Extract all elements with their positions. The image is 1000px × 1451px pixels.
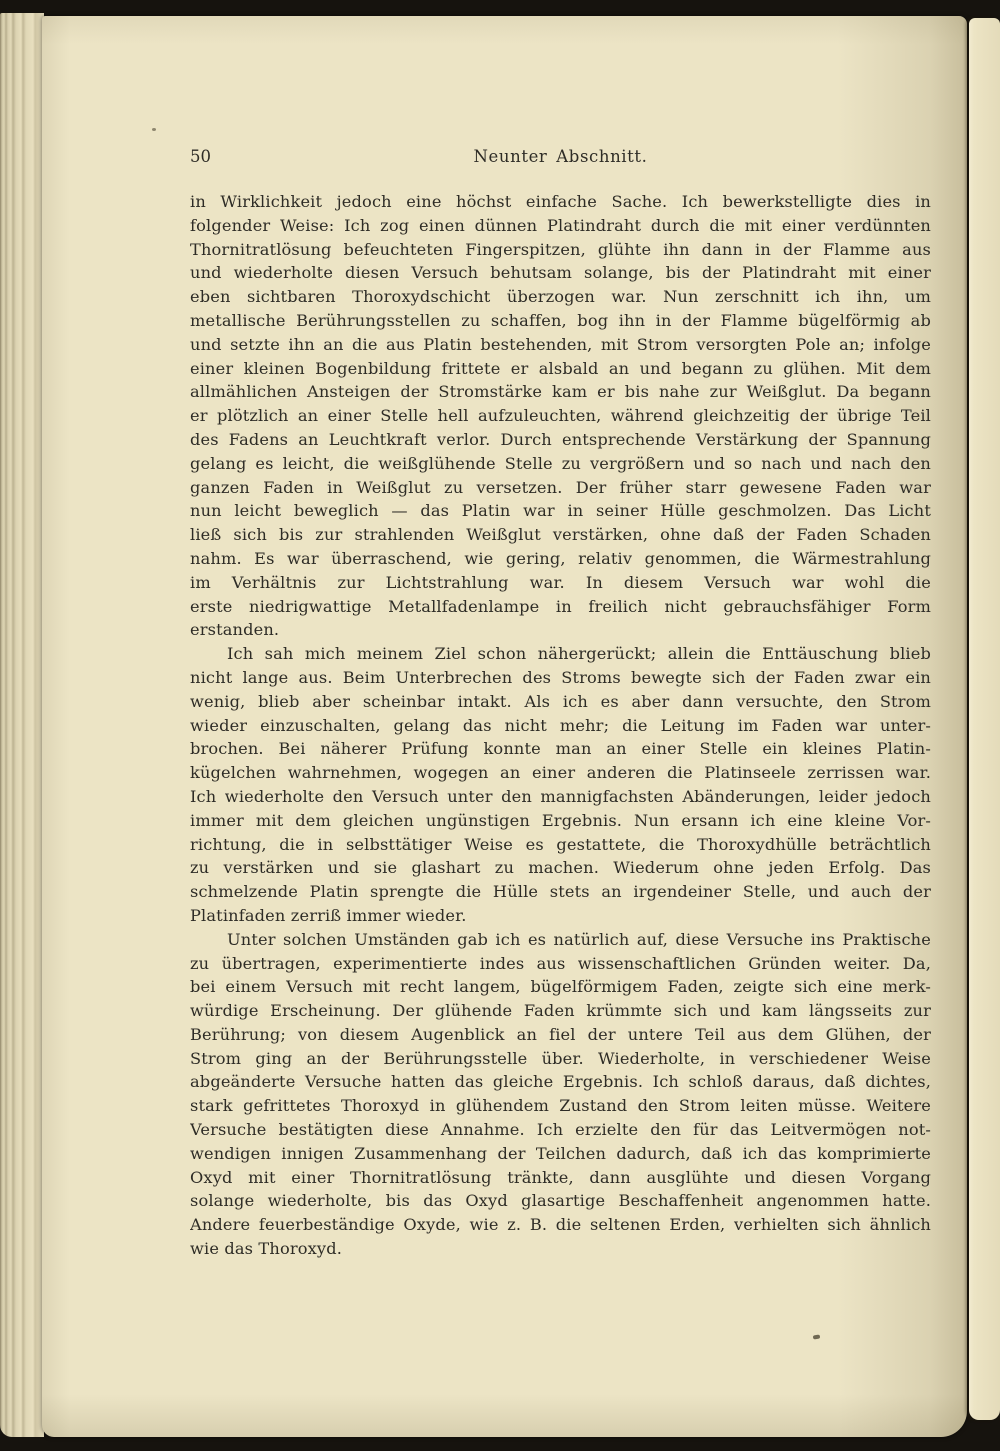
page-number: 50 — [190, 145, 211, 169]
text-line: nicht lange aus. Beim Unterbrechen des S… — [190, 666, 931, 690]
text-line: solange wiederholte, bis das Oxyd glasar… — [190, 1189, 931, 1213]
text-line: stark gefrittetes Thoroxyd in glühendem … — [190, 1094, 931, 1118]
text-line: wieder einzuschalten, gelang das nicht m… — [190, 714, 931, 738]
text-line: Strom ging an der Berührungsstelle über.… — [190, 1047, 931, 1071]
text-line: ließ sich bis zur strahlenden Weißglut v… — [190, 523, 931, 547]
text-line: Berührung; von diesem Augenblick an fiel… — [190, 1023, 931, 1047]
text-line: Unter solchen Umständen gab ich es natür… — [190, 928, 931, 952]
text-line: gelang es leicht, die weißglühende Stell… — [190, 452, 931, 476]
text-block: in Wirklichkeit jedoch eine höchst einfa… — [190, 190, 931, 1261]
text-line: erstanden. — [190, 618, 931, 642]
text-line: Andere feuerbeständige Oxyde, wie z. B. … — [190, 1213, 931, 1237]
text-line: Thornitratlösung befeuchteten Fingerspit… — [190, 238, 931, 262]
text-line: Oxyd mit einer Thornitratlösung tränkte,… — [190, 1166, 931, 1190]
text-line: Versuche bestätigten diese Annahme. Ich … — [190, 1118, 931, 1142]
paper-speck — [152, 128, 156, 131]
book-page: 50 Neunter Abschnitt. in Wirklichkeit je… — [42, 16, 967, 1437]
text-line: und wiederholte diesen Versuch behutsam … — [190, 261, 931, 285]
text-line: metallische Berührungsstellen zu schaffe… — [190, 309, 931, 333]
text-line: ganzen Faden in Weißglut zu versetzen. D… — [190, 476, 931, 500]
next-page-edge — [969, 18, 1000, 1420]
text-line: abgeänderte Versuche hatten das gleiche … — [190, 1070, 931, 1094]
text-line: einer kleinen Bogenbildung frittete er a… — [190, 357, 931, 381]
paper-speck — [813, 1335, 820, 1340]
text-line: Ich sah mich meinem Ziel schon nähergerü… — [190, 642, 931, 666]
paragraph: Unter solchen Umständen gab ich es natür… — [190, 928, 931, 1261]
text-line: bei einem Versuch mit recht langem, büge… — [190, 975, 931, 999]
text-line: in Wirklichkeit jedoch eine höchst einfa… — [190, 190, 931, 214]
text-line: würdige Erscheinung. Der glühende Faden … — [190, 999, 931, 1023]
text-line: im Verhältnis zur Lichtstrahlung war. In… — [190, 571, 931, 595]
text-line: kügelchen wahrnehmen, wogegen an einer a… — [190, 761, 931, 785]
text-line: wenig, blieb aber scheinbar intakt. Als … — [190, 690, 931, 714]
text-line: eben sichtbaren Thoroxydschicht überzoge… — [190, 285, 931, 309]
text-line: wie das Thoroxyd. — [190, 1237, 931, 1261]
paragraph: in Wirklichkeit jedoch eine höchst einfa… — [190, 190, 931, 642]
text-line: zu übertragen, experimentierte indes aus… — [190, 952, 931, 976]
text-line: richtung, die in selbsttätiger Weise es … — [190, 833, 931, 857]
text-line: nahm. Es war überraschend, wie gering, r… — [190, 547, 931, 571]
page-edge-stack — [0, 13, 44, 1437]
text-line: folgender Weise: Ich zog einen dünnen Pl… — [190, 214, 931, 238]
text-line: des Fadens an Leuchtkraft verlor. Durch … — [190, 428, 931, 452]
page-header-row: 50 Neunter Abschnitt. — [190, 145, 931, 169]
text-line: allmählichen Ansteigen der Stromstärke k… — [190, 380, 931, 404]
text-line: Ich wiederholte den Versuch unter den ma… — [190, 785, 931, 809]
text-line: zu verstärken und sie glashart zu machen… — [190, 856, 931, 880]
text-line: Platinfaden zerriß immer wieder. — [190, 904, 931, 928]
text-line: schmelzende Platin sprengte die Hülle st… — [190, 880, 931, 904]
text-line: er plötzlich an einer Stelle hell aufzul… — [190, 404, 931, 428]
running-header: Neunter Abschnitt. — [190, 145, 931, 169]
paragraph: Ich sah mich meinem Ziel schon nähergerü… — [190, 642, 931, 928]
text-line: immer mit dem gleichen ungünstigen Ergeb… — [190, 809, 931, 833]
text-line: erste niedrigwattige Metallfadenlampe in… — [190, 595, 931, 619]
text-line: nun leicht beweglich — das Platin war in… — [190, 499, 931, 523]
book-spread: 50 Neunter Abschnitt. in Wirklichkeit je… — [0, 0, 1000, 1451]
text-line: und setzte ihn an die aus Platin bestehe… — [190, 333, 931, 357]
text-line: wendigen innigen Zusammenhang der Teilch… — [190, 1142, 931, 1166]
text-line: brochen. Bei näherer Prüfung konnte man … — [190, 737, 931, 761]
